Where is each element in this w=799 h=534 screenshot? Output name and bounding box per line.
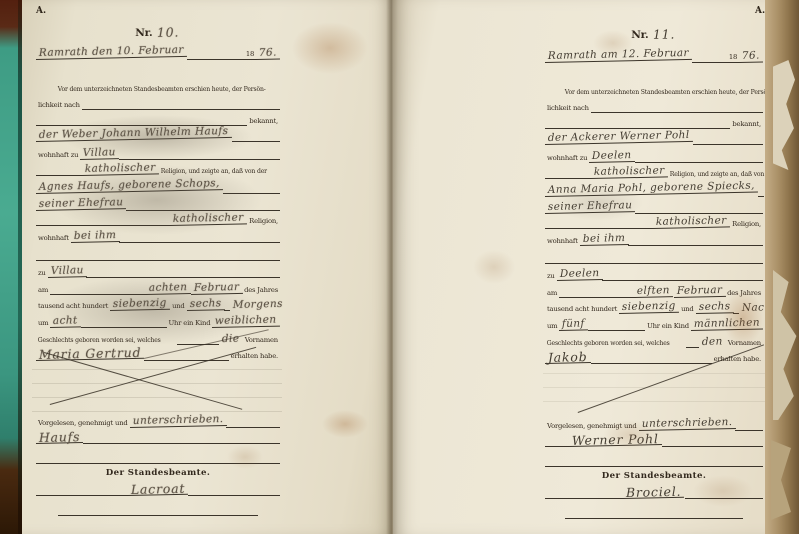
foxing-stain xyxy=(322,410,368,438)
right-record-number: Nr. 11. xyxy=(545,22,763,40)
right-standesbeamte-heading: Der Standesbeamte. xyxy=(545,463,763,481)
left-declarant-signature-line: Haufs xyxy=(36,426,280,444)
right-blank-rule xyxy=(545,246,763,264)
left-religion2-line: katholischer Religion, xyxy=(36,208,280,226)
declarant-signature: Werner Pohl xyxy=(569,433,662,447)
right-wohnhaft-bei-line: wohnhaft bei ihm xyxy=(545,228,763,246)
right-officer-signature-line: Brociel. xyxy=(545,481,763,499)
right-birth-place-line: zu Deelen xyxy=(545,263,763,281)
mother: Anna Maria Pohl, geborene Spiecks, xyxy=(545,181,758,197)
declarant: der Ackerer Werner Pohl xyxy=(545,130,693,145)
mother: Agnes Haufs, geborene Schops, xyxy=(36,178,223,194)
left-wohnhaft-bei-line: wohnhaft bei ihm xyxy=(36,225,280,243)
right-religion-line: katholischer Religion, und zeigte an, da… xyxy=(545,161,763,179)
nr-label: Nr. xyxy=(629,31,650,40)
left-declarant-line: der Weber Johann Wilhelm Haufs xyxy=(36,124,280,142)
right-short-rule xyxy=(545,501,763,519)
right-declarant-signature-line: Werner Pohl xyxy=(545,429,763,447)
left-short-rule xyxy=(36,498,280,516)
gender: männlichen xyxy=(691,317,763,331)
nr-value: 10. xyxy=(154,26,183,38)
registry-book-photo: A. Nr. 10. Ramrath den 10. Februar 18 76… xyxy=(0,0,799,534)
place-date: Ramrath den 10. Februar xyxy=(36,45,187,60)
foxing-stain xyxy=(473,250,515,284)
religion2: katholischer xyxy=(170,212,247,226)
left-mother-line: Agnes Haufs, geborene Schops, xyxy=(36,176,280,194)
left-birth-place-line: zu Villau xyxy=(36,260,280,278)
year-tens: siebenzig xyxy=(110,298,170,311)
officer-signature: Lacroat xyxy=(128,483,189,496)
left-standesbeamte-heading: Der Standesbeamte. xyxy=(36,460,280,478)
gender: weiblichen xyxy=(212,315,280,328)
book-gutter-shadow xyxy=(386,0,398,534)
left-year-line: tausend acht hundert siebenzig und sechs… xyxy=(36,293,280,311)
left-record-number: Nr. 10. xyxy=(36,20,280,38)
left-blank-rule xyxy=(36,243,280,261)
left-religion-line: katholischer Religion, und zeigte an, da… xyxy=(36,158,280,176)
declarant: der Weber Johann Wilhelm Haufs xyxy=(36,126,232,142)
year-prefix: 18 xyxy=(244,50,256,60)
foxing-stain xyxy=(292,22,368,74)
right-mother-line: Anna Maria Pohl, geborene Spiecks, xyxy=(545,179,763,197)
left-place-date-line: Ramrath den 10. Februar 18 76. xyxy=(36,42,280,60)
left-officer-signature-line: Lacroat xyxy=(36,478,280,496)
place-date: Ramrath am 12. Februar xyxy=(545,48,692,63)
left-hour-line: um acht Uhr ein Kind weiblichen xyxy=(36,310,280,328)
religion2: katholischer xyxy=(653,215,730,229)
religion: katholischer xyxy=(82,162,159,176)
year-suffix: 76. xyxy=(739,51,763,63)
year-suffix: 76. xyxy=(256,48,280,60)
right-page: A. Nr. 11. Ramrath am 12. Februar 18 76.… xyxy=(393,0,775,534)
left-corner-marker: A. xyxy=(36,6,46,16)
left-page: A. Nr. 10. Ramrath den 10. Februar 18 76… xyxy=(22,0,393,534)
right-place-date-line: Ramrath am 12. Februar 18 76. xyxy=(545,45,763,63)
nr-value: 11. xyxy=(650,28,679,40)
wohnhaft-bei: bei ihm xyxy=(70,230,119,243)
wohnhaft-bei: bei ihm xyxy=(579,233,628,246)
right-hour-line: um fünf Uhr ein Kind männlichen xyxy=(545,313,763,331)
right-year-line: tausend acht hundert siebenzig und sechs… xyxy=(545,296,763,314)
right-corner-marker: A. xyxy=(755,6,765,16)
religion: katholischer xyxy=(591,165,668,179)
officer-signature: Brociel. xyxy=(623,486,685,499)
declarant-signature: Haufs xyxy=(36,431,84,444)
year-prefix: 18 xyxy=(727,53,739,63)
right-declarant-line: der Ackerer Werner Pohl xyxy=(545,127,763,145)
right-religion2-line: katholischer Religion, xyxy=(545,211,763,229)
nr-label: Nr. xyxy=(133,29,154,38)
year-tens: siebenzig xyxy=(619,301,679,314)
